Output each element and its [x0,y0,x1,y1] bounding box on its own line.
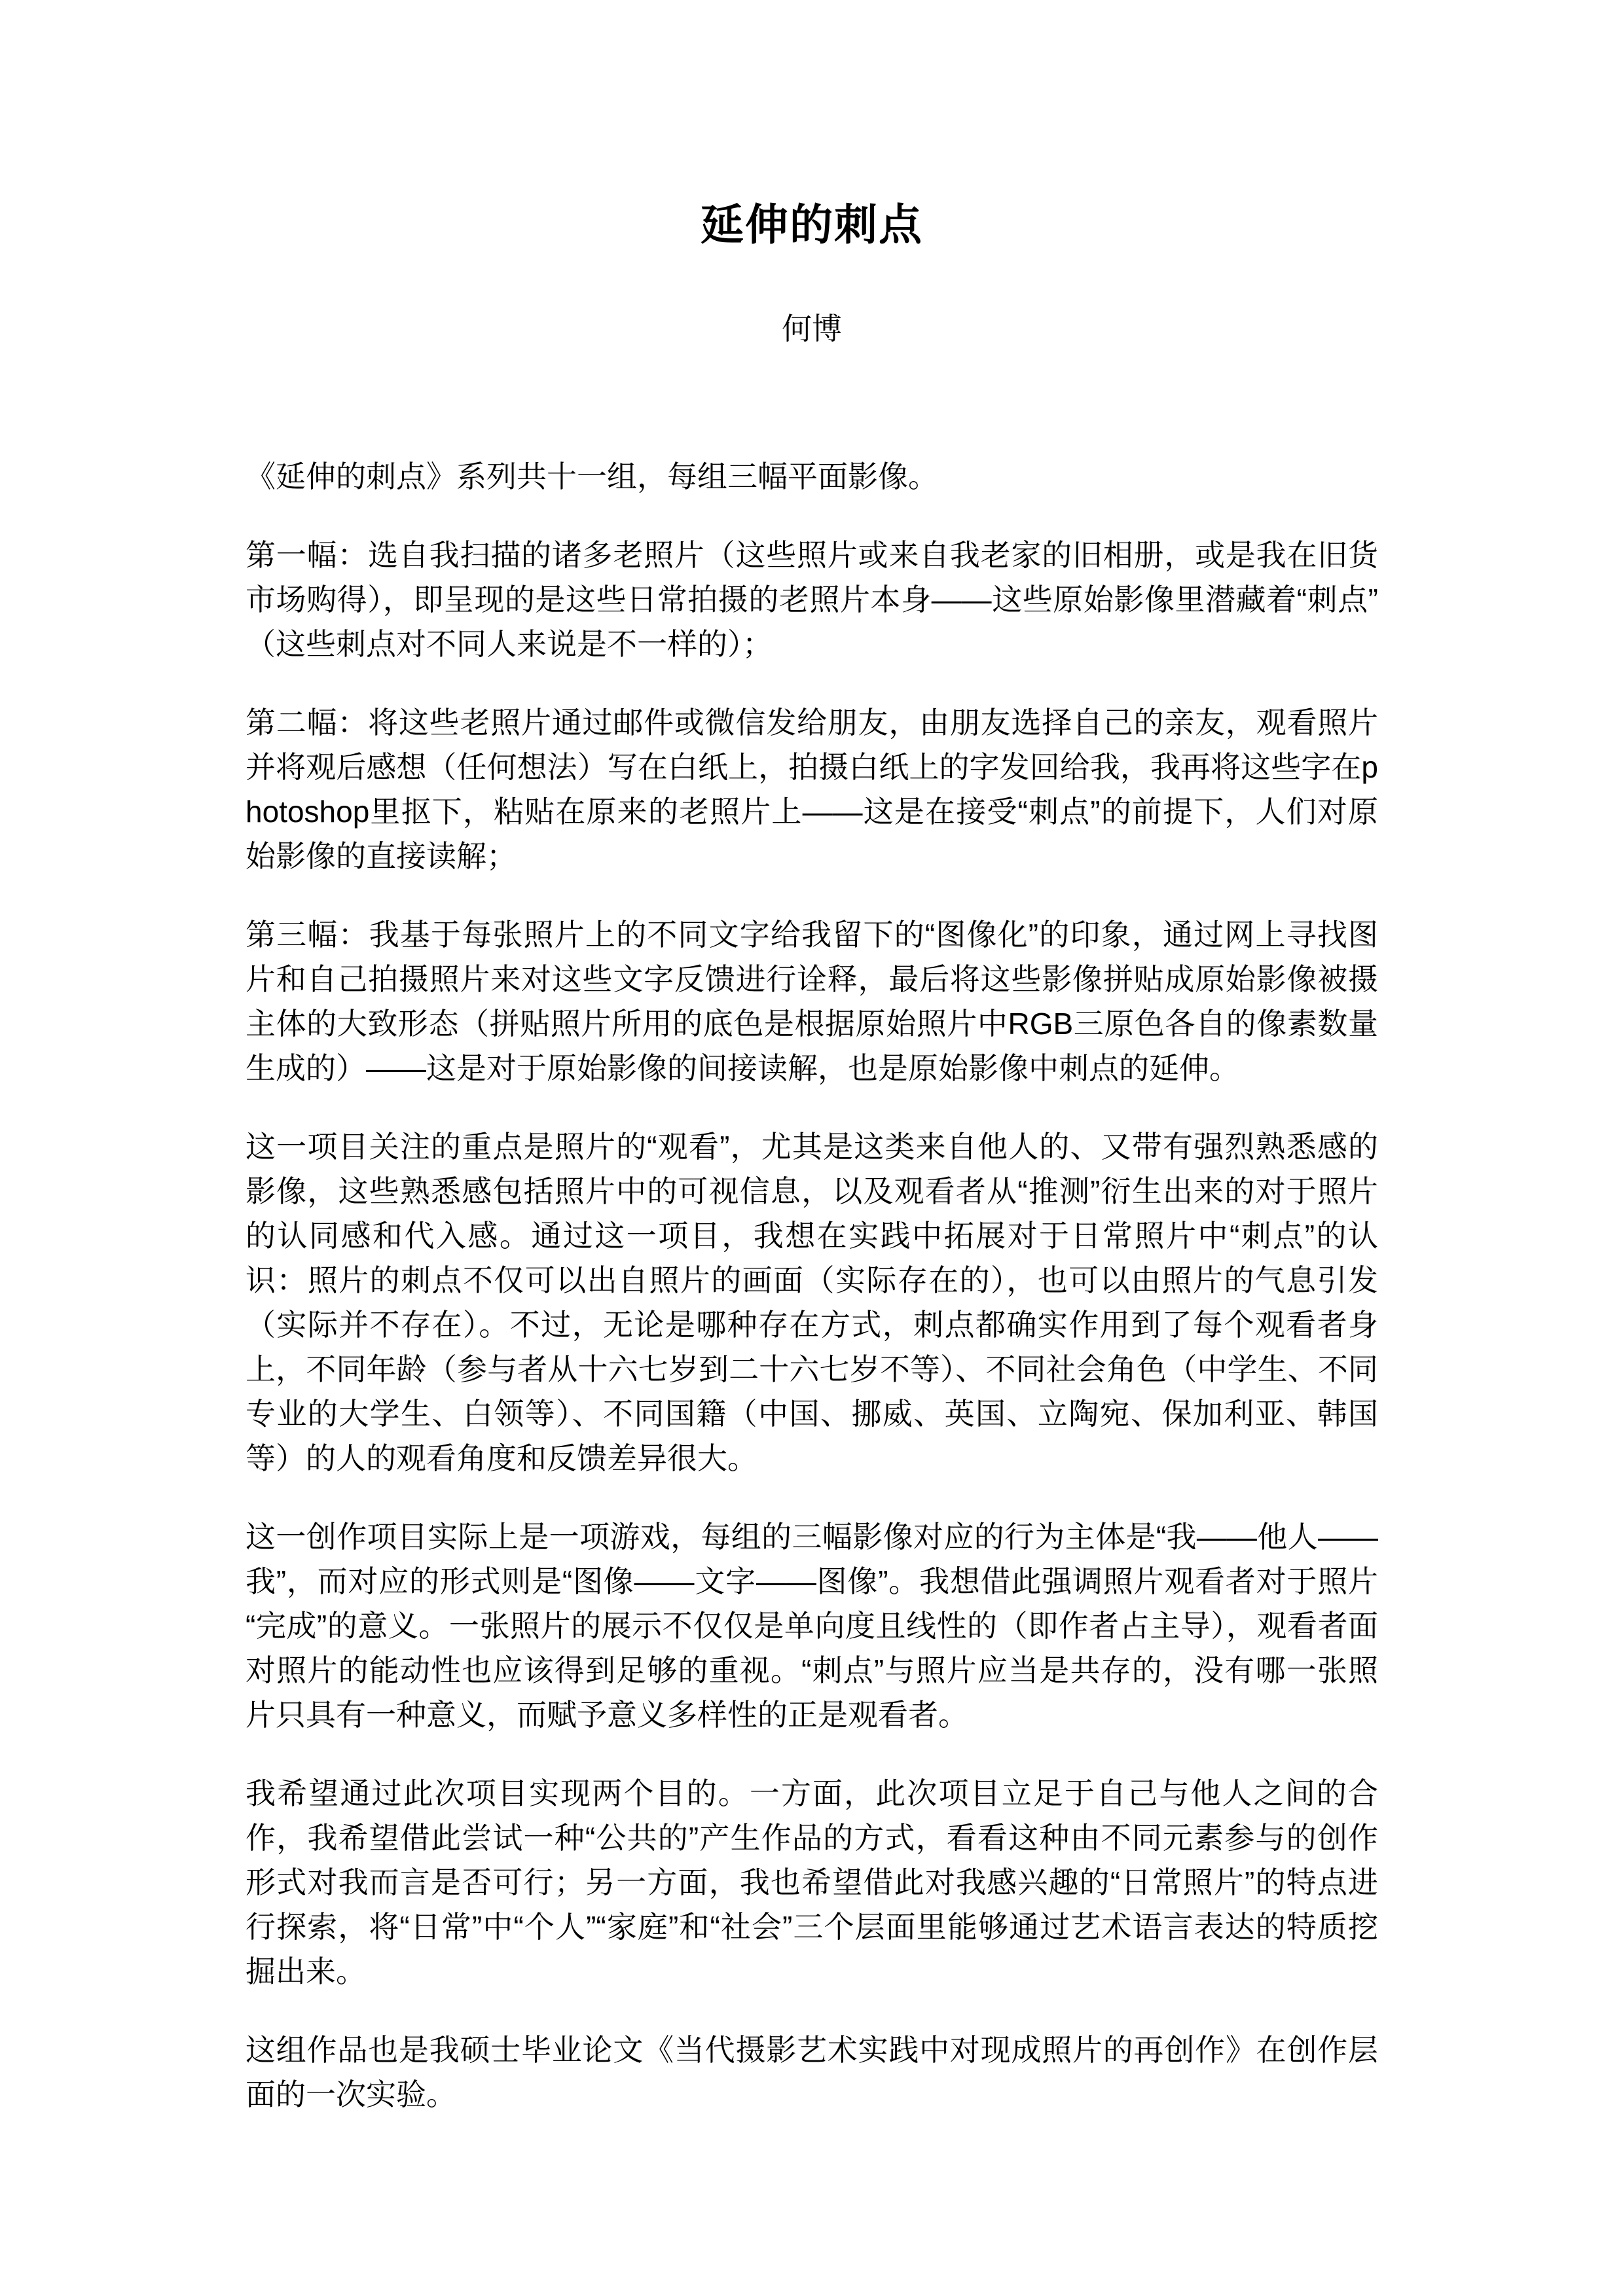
paragraph-frame-1: 第一幅：选自我扫描的诸多老照片（这些照片或来自我老家的旧相册，或是我在旧货市场购… [246,533,1378,666]
document-body: 《延伸的刺点》系列共十一组，每组三幅平面影像。 第一幅：选自我扫描的诸多老照片（… [246,454,1378,2117]
page-title: 延伸的刺点 [246,196,1378,253]
paragraph-goals: 我希望通过此次项目实现两个目的。一方面，此次项目立足于自己与他人之间的合作，我希… [246,1771,1378,1994]
paragraph-game: 这一创作项目实际上是一项游戏，每组的三幅影像对应的行为主体是“我——他人——我”… [246,1515,1378,1737]
paragraph-thesis: 这组作品也是我硕士毕业论文《当代摄影艺术实践中对现成照片的再创作》在创作层面的一… [246,2028,1378,2117]
paragraph-frame-2: 第二幅：将这些老照片通过邮件或微信发给朋友，由朋友选择自己的亲友，观看照片并将观… [246,700,1378,878]
paragraph-intro: 《延伸的刺点》系列共十一组，每组三幅平面影像。 [246,454,1378,499]
document-content: 延伸的刺点 何博 《延伸的刺点》系列共十一组，每组三幅平面影像。 第一幅：选自我… [0,196,1623,2117]
paragraph-frame-3: 第三幅：我基于每张照片上的不同文字给我留下的“图像化”的印象，通过网上寻找图片和… [246,912,1378,1090]
document-page: 延伸的刺点 何博 《延伸的刺点》系列共十一组，每组三幅平面影像。 第一幅：选自我… [0,0,1623,2296]
author-name: 何博 [246,308,1378,350]
paragraph-focus: 这一项目关注的重点是照片的“观看”，尤其是这类来自他人的、又带有强烈熟悉感的影像… [246,1124,1378,1480]
